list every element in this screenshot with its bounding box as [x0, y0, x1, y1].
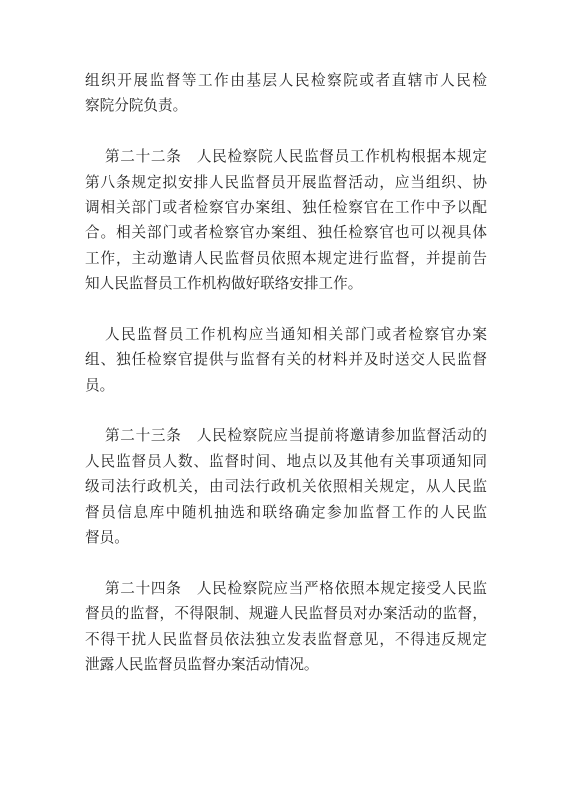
- text-line: 察院分院负责。: [85, 94, 487, 119]
- text-line: 调相关部门或者检察官办案组、独任检察官在工作中予以配: [85, 196, 487, 221]
- paragraph: 第二十三条 人民检察院应当提前将邀请参加监督活动的人民监督员人数、监督时间、地点…: [85, 424, 487, 551]
- text-line: 第二十二条 人民检察院人民监督员工作机构根据本规定: [85, 145, 487, 170]
- text-line: 合。相关部门或者检察官办案组、独任检察官也可以视具体: [85, 221, 487, 246]
- text-line: 知人民监督员工作机构做好联络安排工作。: [85, 272, 487, 297]
- paragraph: 第二十四条 人民检察院应当严格依照本规定接受人民监督员的监督，不得限制、规避人民…: [85, 577, 487, 679]
- text-block: 组织开展监督等工作由基层人民检察院或者直辖市人民检察院分院负责。第二十二条 人民…: [85, 69, 487, 678]
- text-line: 第二十三条 人民检察院应当提前将邀请参加监督活动的: [85, 424, 487, 449]
- text-line: 组、独任检察官提供与监督有关的材料并及时送交人民监督: [85, 348, 487, 373]
- paragraph: 人民监督员工作机构应当通知相关部门或者检察官办案组、独任检察官提供与监督有关的材…: [85, 323, 487, 399]
- document-page: 组织开展监督等工作由基层人民检察院或者直辖市人民检察院分院负责。第二十二条 人民…: [0, 0, 565, 800]
- paragraph: 第二十二条 人民检察院人民监督员工作机构根据本规定第八条规定拟安排人民监督员开展…: [85, 145, 487, 297]
- paragraph: 组织开展监督等工作由基层人民检察院或者直辖市人民检察院分院负责。: [85, 69, 487, 120]
- text-line: 督员的监督，不得限制、规避人民监督员对办案活动的监督，: [85, 602, 487, 627]
- text-line: 人民监督员工作机构应当通知相关部门或者检察官办案: [85, 323, 487, 348]
- text-line: 督员。: [85, 526, 487, 551]
- text-line: 组织开展监督等工作由基层人民检察院或者直辖市人民检: [85, 69, 487, 94]
- text-line: 第八条规定拟安排人民监督员开展监督活动，应当组织、协: [85, 171, 487, 196]
- text-line: 级司法行政机关，由司法行政机关依照相关规定，从人民监: [85, 475, 487, 500]
- text-line: 第二十四条 人民检察院应当严格依照本规定接受人民监: [85, 577, 487, 602]
- text-line: 工作，主动邀请人民监督员依照本规定进行监督，并提前告: [85, 247, 487, 272]
- text-line: 不得干扰人民监督员依法独立发表监督意见，不得违反规定: [85, 628, 487, 653]
- text-line: 督员信息库中随机抽选和联络确定参加监督工作的人民监: [85, 501, 487, 526]
- text-line: 人民监督员人数、监督时间、地点以及其他有关事项通知同: [85, 450, 487, 475]
- text-line: 员。: [85, 374, 487, 399]
- text-line: 泄露人民监督员监督办案活动情况。: [85, 653, 487, 678]
